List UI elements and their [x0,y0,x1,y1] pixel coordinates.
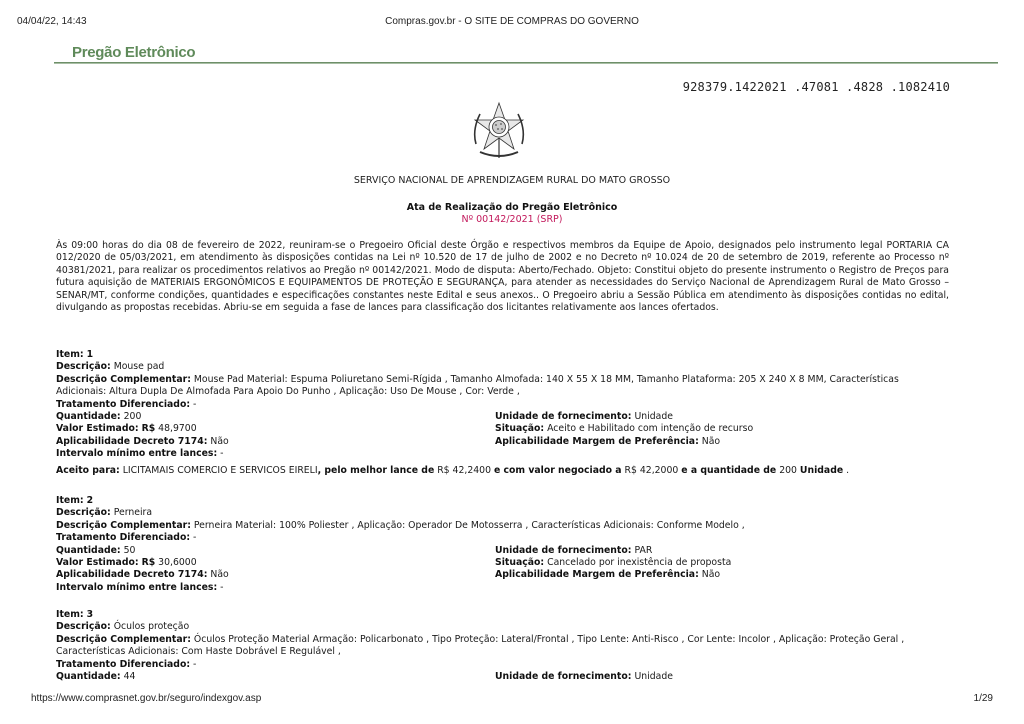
descricao-label: Descrição: [56,507,111,518]
valor-estimado-label: Valor Estimado: [56,557,139,568]
item-block: Item: 2 Descrição: Perneira Descrição Co… [56,495,949,594]
margem-value: Não [702,436,720,447]
negotiated-label: e com valor negociado a [494,465,622,476]
descricao-label: Descrição: [56,361,111,372]
quantidade-value: 50 [124,545,136,556]
tratamento-label: Tratamento Diferenciado: [56,399,190,410]
tratamento-label: Tratamento Diferenciado: [56,532,190,543]
intervalo-value: - [220,448,223,459]
decreto-label: Aplicabilidade Decreto 7174: [56,436,207,447]
currency-label: R$ [142,423,156,434]
valor-estimado-value: 30,6000 [158,557,196,568]
quantidade-label: Quantidade: [56,411,121,422]
descricao-complementar-value: Perneira Material: 100% Poliester , Apli… [194,520,745,531]
descricao-value: Mouse pad [114,361,165,372]
descricao-value: Óculos proteção [114,621,189,632]
unidade-label: Unidade de fornecimento: [495,545,631,556]
unidade-label: Unidade de fornecimento: [495,671,631,682]
best-bid-value: R$ 42,2400 [437,465,491,476]
decreto-label: Aplicabilidade Decreto 7174: [56,569,207,580]
acceptance-line: Aceito para: LICITAMAIS COMERCIO E SERVI… [56,465,849,476]
margem-label: Aplicabilidade Margem de Preferência: [495,569,699,580]
intervalo-label: Intervalo mínimo entre lances: [56,582,217,593]
tratamento-value: - [193,399,196,410]
document-id: 928379.1422021 .47081 .4828 .1082410 [683,80,950,94]
tratamento-value: - [193,659,196,670]
ata-title: Ata de Realização do Pregão Eletrônico [0,202,1024,213]
quantidade-label: Quantidade: [56,671,121,682]
tratamento-value: - [193,532,196,543]
valor-estimado-value: 48,9700 [158,423,196,434]
item-block: Item: 1 Descrição: Mouse pad Descrição C… [56,349,949,461]
valor-estimado-label: Valor Estimado: [56,423,139,434]
margem-value: Não [702,569,720,580]
unidade-label: Unidade de fornecimento: [495,411,631,422]
item-label: Item: [56,349,84,360]
descricao-complementar-label: Descrição Complementar: [56,374,191,385]
descricao-label: Descrição: [56,621,111,632]
quantity-label: e a quantidade de [681,465,776,476]
quantidade-value: 44 [124,671,136,682]
unidade-value: Unidade [634,411,673,422]
item-label: Item: [56,609,84,620]
unidade-value: PAR [634,545,652,556]
intervalo-value: - [220,582,223,593]
unidade-value: Unidade [634,671,673,682]
acceptance-label: Aceito para: [56,465,120,476]
item-label: Item: [56,495,84,506]
coat-of-arms-icon [468,100,530,164]
situacao-label: Situação: [495,423,544,434]
decreto-value: Não [210,569,228,580]
print-site-title: Compras.gov.br - O SITE DE COMPRAS DO GO… [0,16,1024,27]
winning-company: LICITAMAIS COMERCIO E SERVICOS EIRELI [123,465,318,476]
descricao-complementar-label: Descrição Complementar: [56,520,191,531]
situacao-label: Situação: [495,557,544,568]
acceptance-end: . [846,465,849,476]
quantidade-value: 200 [124,411,142,422]
ata-number: Nº 00142/2021 (SRP) [0,214,1024,225]
item-number: 2 [87,495,93,506]
situacao-value: Aceito e Habilitado com intenção de recu… [547,423,753,434]
situacao-value: Cancelado por inexistência de proposta [547,557,731,568]
intro-paragraph: Às 09:00 horas do dia 08 de fevereiro de… [56,240,949,314]
intervalo-label: Intervalo mínimo entre lances: [56,448,217,459]
descricao-value: Perneira [114,507,152,518]
tratamento-label: Tratamento Diferenciado: [56,659,190,670]
page-url: https://www.comprasnet.gov.br/seguro/ind… [31,693,261,704]
accepted-unit: Unidade [800,465,843,476]
margem-label: Aplicabilidade Margem de Preferência: [495,436,699,447]
negotiated-value: R$ 42,2000 [625,465,679,476]
descricao-complementar-label: Descrição Complementar: [56,634,191,645]
page-number: 1/29 [974,693,993,704]
item-number: 1 [87,349,93,360]
accepted-quantity: 200 [779,465,797,476]
section-divider [54,62,998,64]
decreto-value: Não [210,436,228,447]
organization-name: SERVIÇO NACIONAL DE APRENDIZAGEM RURAL D… [0,175,1024,186]
currency-label: R$ [142,557,156,568]
quantidade-label: Quantidade: [56,545,121,556]
section-title: Pregão Eletrônico [72,44,195,61]
item-number: 3 [87,609,93,620]
best-bid-label: , pelo melhor lance de [318,465,435,476]
item-block: Item: 3 Descrição: Óculos proteção Descr… [56,609,949,683]
